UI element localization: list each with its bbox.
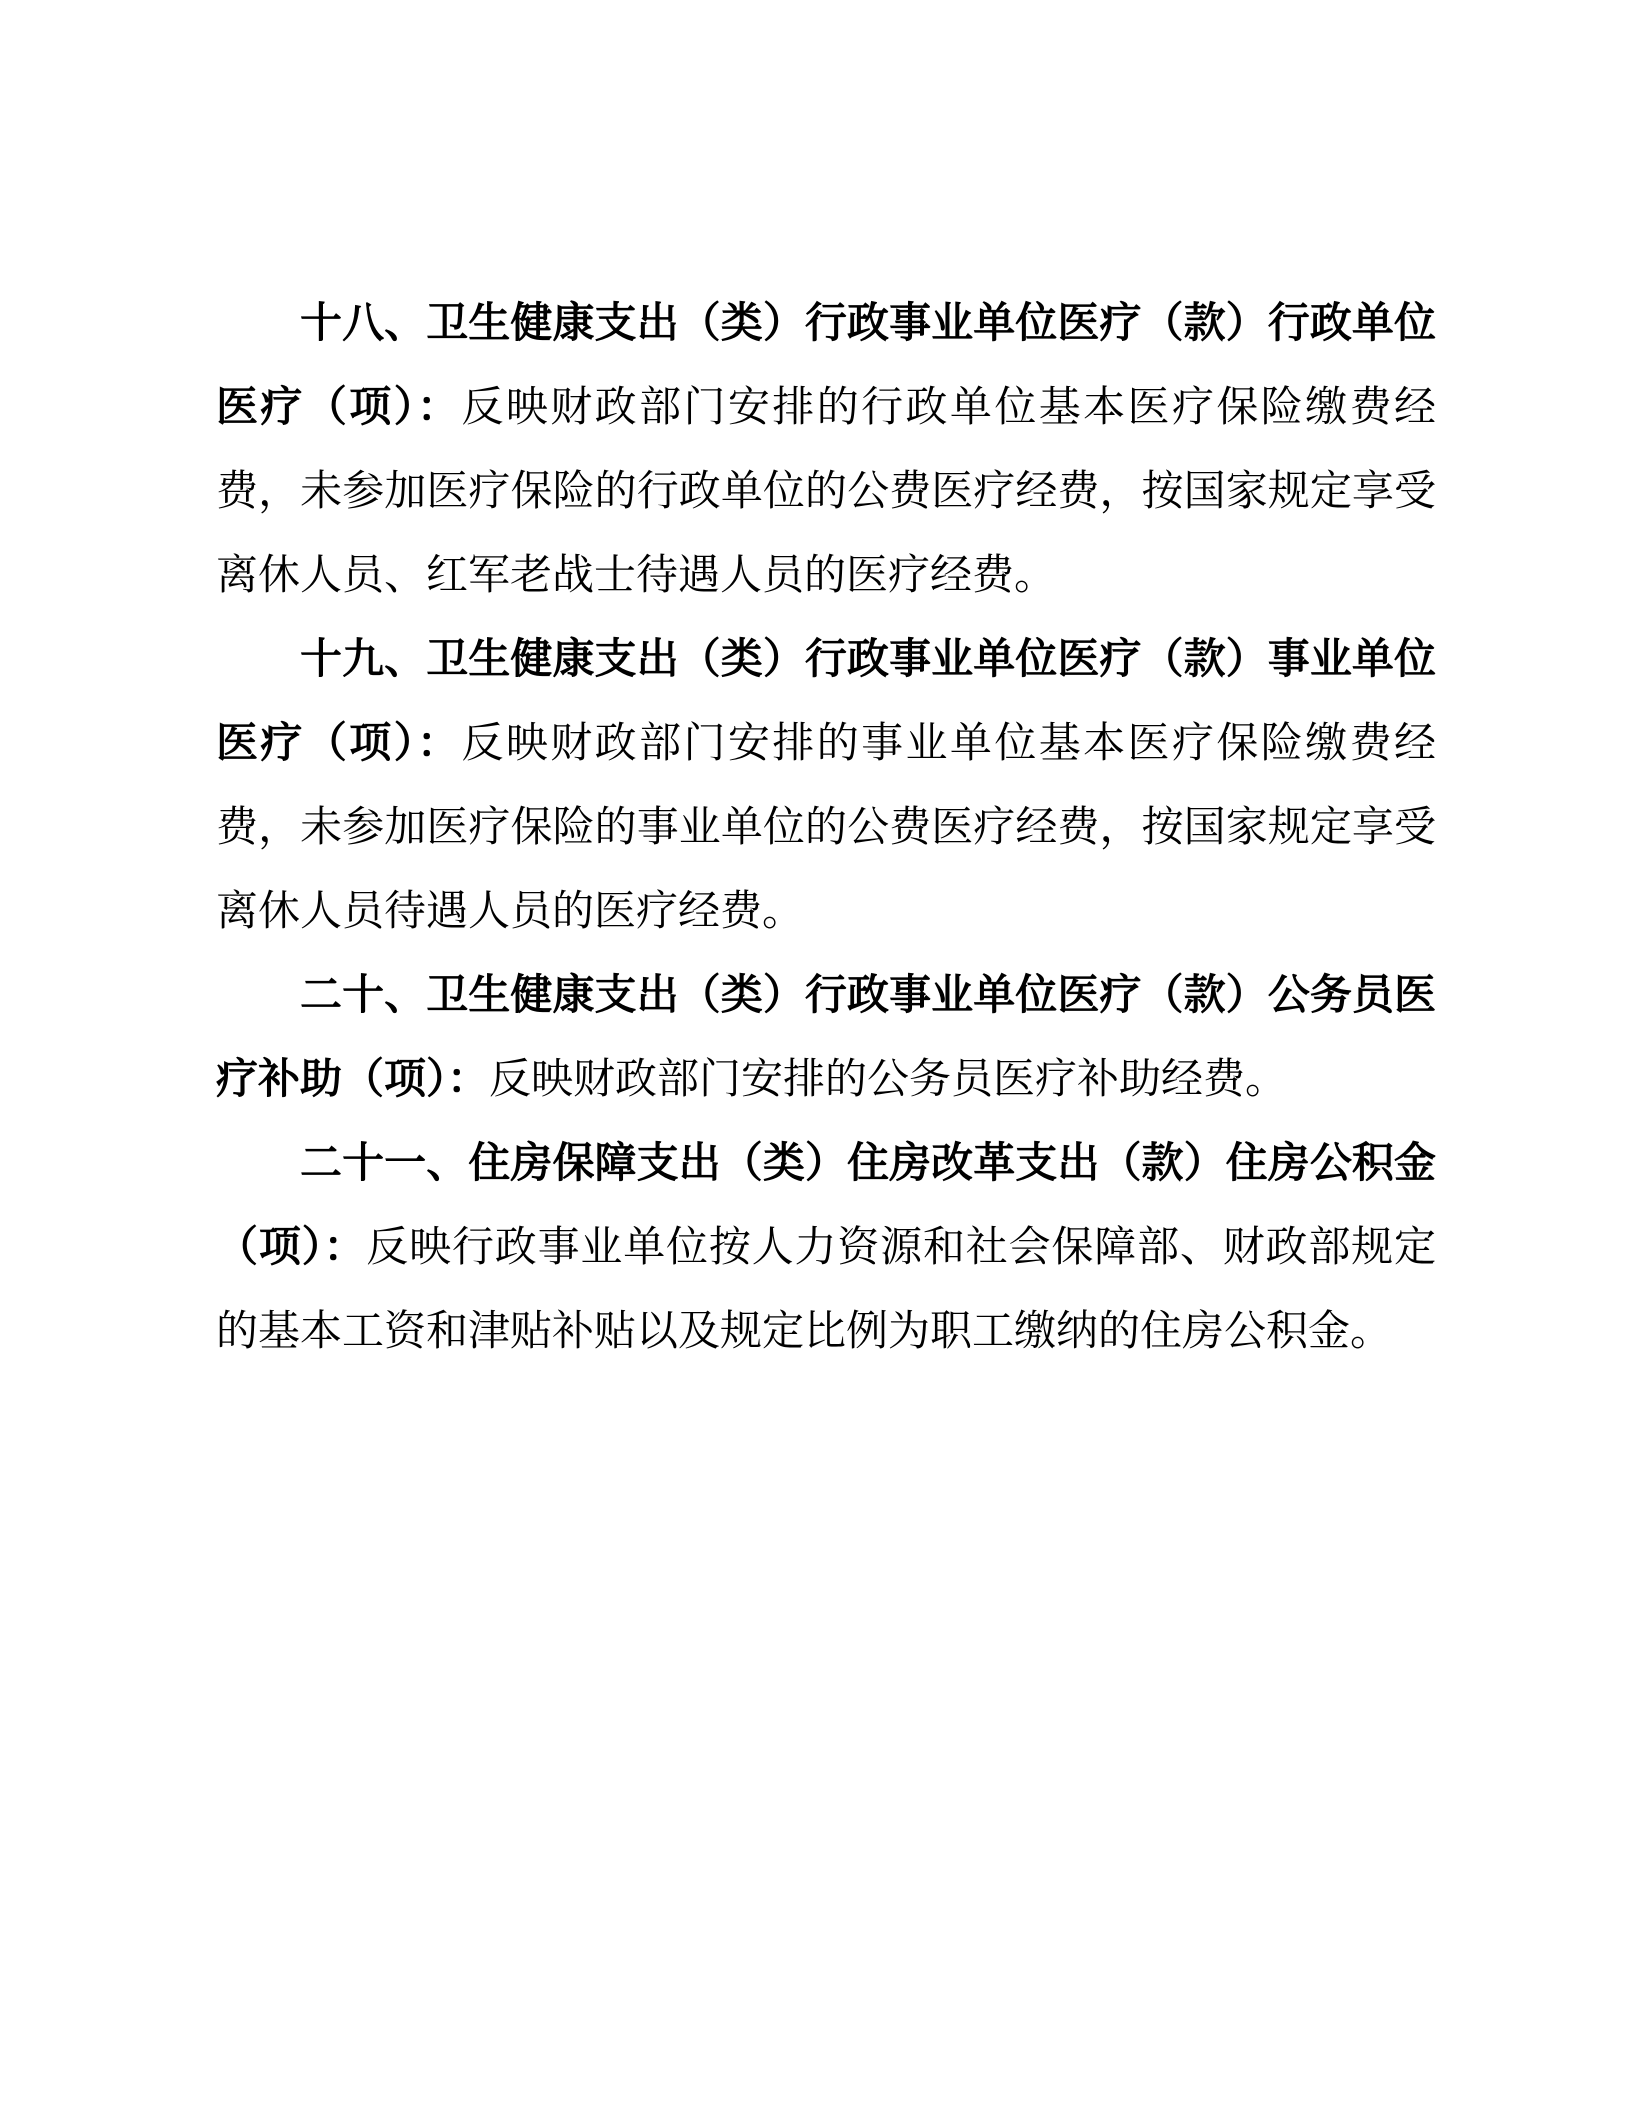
paragraph-21-body: 反映行政事业单位按人力资源和社会保障部、财政部规定的基本工资和津贴补贴以及规定比… (216, 1225, 1436, 1355)
paragraph-20-body: 反映财政部门安排的公务员医疗补助经费。 (489, 1057, 1287, 1103)
paragraph-21: 二十一、住房保障支出（类）住房改革支出（款）住房公积金（项）：反映行政事业单位按… (216, 1122, 1436, 1374)
paragraph-18: 十八、卫生健康支出（类）行政事业单位医疗（款）行政单位医疗（项）：反映财政部门安… (216, 282, 1436, 618)
document-text-block: 十八、卫生健康支出（类）行政事业单位医疗（款）行政单位医疗（项）：反映财政部门安… (216, 282, 1436, 1374)
paragraph-19: 十九、卫生健康支出（类）行政事业单位医疗（款）事业单位医疗（项）：反映财政部门安… (216, 618, 1436, 954)
document-page: 十八、卫生健康支出（类）行政事业单位医疗（款）行政单位医疗（项）：反映财政部门安… (0, 0, 1632, 2112)
paragraph-20: 二十、卫生健康支出（类）行政事业单位医疗（款）公务员医疗补助（项）：反映财政部门… (216, 954, 1436, 1122)
